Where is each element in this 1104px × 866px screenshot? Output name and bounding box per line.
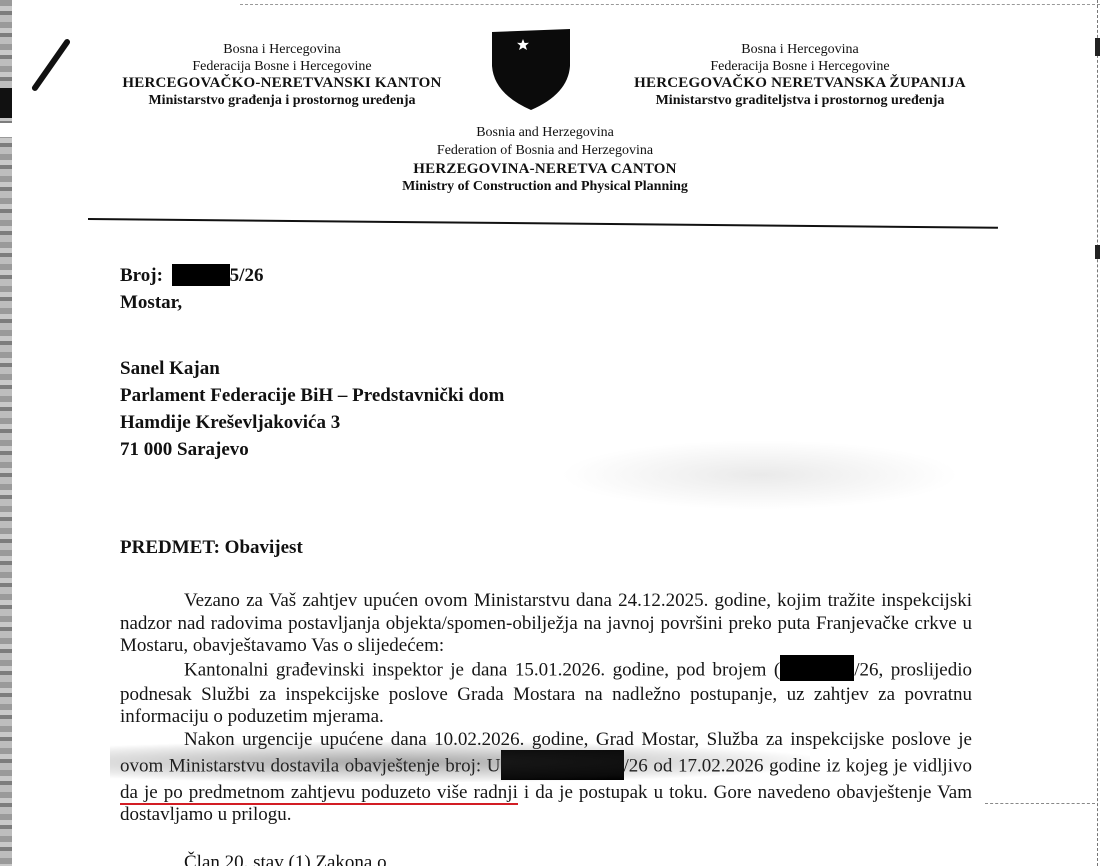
- reference-suffix: 5/26: [230, 265, 264, 286]
- recipient-name: Sanel Kajan: [120, 355, 504, 382]
- scan-edge-right: [1097, 0, 1104, 866]
- scan-artifact-line: [985, 803, 1095, 804]
- letterhead-right: Bosna i Hercegovina Federacija Bosne i H…: [600, 41, 1000, 109]
- paragraph-2: Kantonalni građevinski inspektor je dana…: [120, 658, 972, 729]
- country-name: Bosnia and Herzegovina: [345, 124, 745, 142]
- subject-line: PREDMET: Obavijest: [120, 537, 303, 559]
- letterhead-divider: [88, 218, 998, 229]
- ministry-name: Ministry of Construction and Physical Pl…: [345, 178, 745, 196]
- reference-number: Broj: 5/26: [120, 262, 263, 289]
- redaction-box: [780, 655, 854, 681]
- paragraph-1: Vezano za Vaš zahtjev upućen ovom Minist…: [120, 590, 972, 658]
- page-top-edge: [240, 0, 1100, 5]
- federation-name: Federacija Bosne i Hercegovine: [92, 58, 472, 75]
- letter-body: Vezano za Vaš zahtjev upućen ovom Minist…: [120, 590, 972, 827]
- recipient-organization: Parlament Federacije BiH – Predstavnički…: [120, 382, 504, 409]
- scan-smudge: [560, 440, 960, 510]
- scan-artifact: [1095, 38, 1100, 56]
- paragraph-4-partial: Član 20. stav (1) Zakona o: [120, 852, 387, 866]
- place: Mostar,: [120, 289, 263, 316]
- recipient-address: Sanel Kajan Parlament Federacije BiH – P…: [120, 355, 504, 463]
- reference-label: Broj:: [120, 265, 163, 286]
- scan-edge-left: [0, 0, 12, 866]
- recipient-street: Hamdije Kreševljakovića 3: [120, 409, 504, 436]
- scan-artifact: [1095, 245, 1100, 259]
- pen-mark: [31, 38, 71, 92]
- canton-name: HERZEGOVINA-NERETVA CANTON: [345, 160, 745, 178]
- canton-name: HERCEGOVAČKO NERETVANSKA ŽUPANIJA: [600, 75, 1000, 92]
- federation-name: Federacija Bosne i Hercegovine: [600, 58, 1000, 75]
- paragraph-3-text: /26 od 17.02.2026 godine iz kojeg je vid…: [624, 755, 972, 776]
- redaction-box: [501, 750, 624, 780]
- country-name: Bosna i Hercegovina: [600, 41, 1000, 58]
- redaction-box: [172, 264, 230, 286]
- letterhead-left: Bosna i Hercegovina Federacija Bosne i H…: [92, 41, 472, 109]
- scan-artifact-gap: [0, 123, 12, 137]
- federation-name: Federation of Bosnia and Herzegovina: [345, 142, 745, 160]
- ministry-name: Ministarstvo građenja i prostornog uređe…: [92, 92, 472, 109]
- highlighted-phrase: da je po predmetnom zahtjevu poduzeto vi…: [120, 782, 518, 805]
- reference-block: Broj: 5/26 Mostar,: [120, 262, 263, 316]
- country-name: Bosna i Hercegovina: [92, 41, 472, 58]
- scan-artifact: [0, 88, 12, 118]
- paragraph-2-text: Kantonalni građevinski inspektor je dana…: [184, 659, 780, 680]
- paragraph-3: Nakon urgencije upućene dana 10.02.2026.…: [120, 729, 972, 827]
- canton-name: HERCEGOVAČKO-NERETVANSKI KANTON: [92, 75, 472, 92]
- coat-of-arms-icon: [488, 26, 574, 112]
- recipient-city: 71 000 Sarajevo: [120, 436, 504, 463]
- letterhead-english: Bosnia and Herzegovina Federation of Bos…: [345, 124, 745, 196]
- ministry-name: Ministarstvo graditeljstva i prostornog …: [600, 92, 1000, 109]
